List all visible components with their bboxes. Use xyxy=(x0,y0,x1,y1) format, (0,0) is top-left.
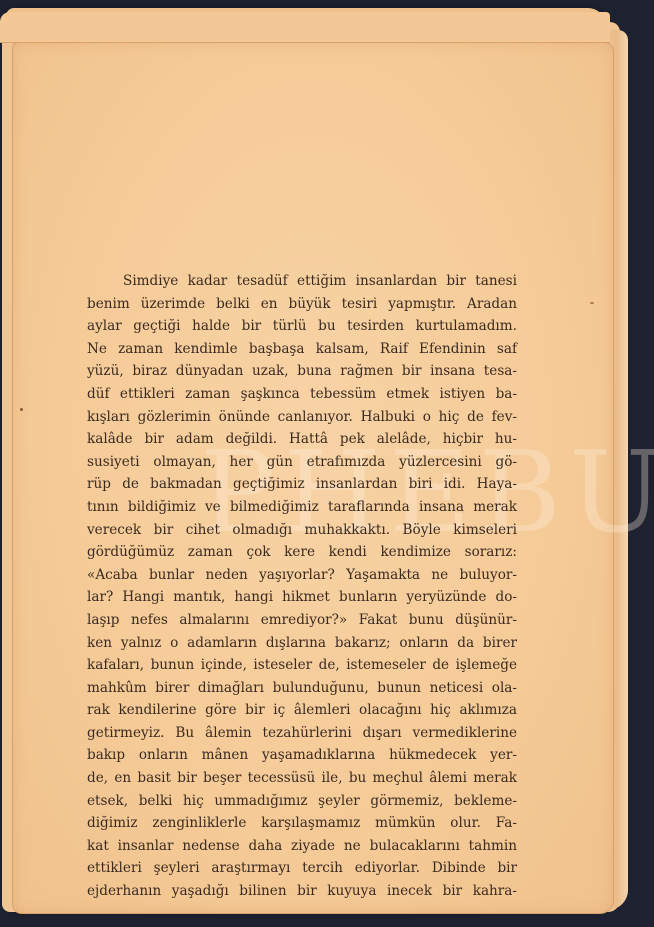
text-line: ken yalnız o adamların dışlarına bakarız… xyxy=(87,632,517,655)
text-line: gördüğümüz zaman çok kere kendi kendimiz… xyxy=(87,541,517,564)
text-line: ejderhanın yaşadığı bilinen bir kuyuya i… xyxy=(87,880,517,903)
text-line: lar? Hangi mantık, hangi hikmet bunların… xyxy=(87,586,517,609)
text-line: kafaları, bunun içinde, isteseler de, is… xyxy=(87,654,517,677)
text-line: etsek, belki hiç ummadığımız şeyler görm… xyxy=(87,790,517,813)
body-text: Simdiye kadar tesadüf ettiğim insanlarda… xyxy=(87,270,517,903)
paper-spot xyxy=(590,302,594,304)
text-line: diğimiz zenginliklerle karşılaşmamız müm… xyxy=(87,812,517,835)
text-line: mahkûm birer dimağları bulunduğunu, bunu… xyxy=(87,677,517,700)
text-line: «Acaba bunlar neden yaşıyorlar? Yaşamakt… xyxy=(87,564,517,587)
text-line: susiyeti olmayan, her gün etrafımızda yü… xyxy=(87,451,517,474)
text-line: kışları gözlerimin önünde canlanıyor. Ha… xyxy=(87,406,517,429)
text-line: de, en basit bir beşer tecessüsü ile, bu… xyxy=(87,767,517,790)
torn-top-edge xyxy=(0,12,610,43)
text-line: benim üzerimde belki en büyük tesiri yap… xyxy=(87,293,517,316)
text-line: laşıp nefes almalarını emrediyor?» Fakat… xyxy=(87,609,517,632)
text-line: verecek bir cihet olmadığı muhakkaktı. B… xyxy=(87,519,517,542)
text-line: rüp de bakmadan geçtiğimiz insanlardan b… xyxy=(87,473,517,496)
text-line: ettikleri şeyleri araştırmayı tercih edi… xyxy=(87,857,517,880)
text-line: rak kendilerine göre bir iç âlemleri ola… xyxy=(87,699,517,722)
text-line: bakıp onların mânen yaşamadıklarına hükm… xyxy=(87,744,517,767)
text-line: düf ettikleri zaman şaşkınca tebessüm et… xyxy=(87,383,517,406)
text-line: getirmeyiz. Bu âlemin tezahürlerini dışa… xyxy=(87,722,517,745)
text-line: yüzü, biraz dünyadan uzak, buna rağmen b… xyxy=(87,360,517,383)
text-line: aylar geçtiği halde bir türlü bu tesirde… xyxy=(87,315,517,338)
paper-spot xyxy=(20,408,23,411)
text-line: kat insanlar nedense daha ziyade ne bula… xyxy=(87,835,517,858)
text-line: tının bildiğimiz ve bilmediğimiz tarafla… xyxy=(87,496,517,519)
text-line: kalâde bir adam değildi. Hattâ pek alelâ… xyxy=(87,428,517,451)
text-line: Ne zaman kendimle başbaşa kalsam, Raif E… xyxy=(87,338,517,361)
text-line: Simdiye kadar tesadüf ettiğim insanlarda… xyxy=(87,270,517,293)
